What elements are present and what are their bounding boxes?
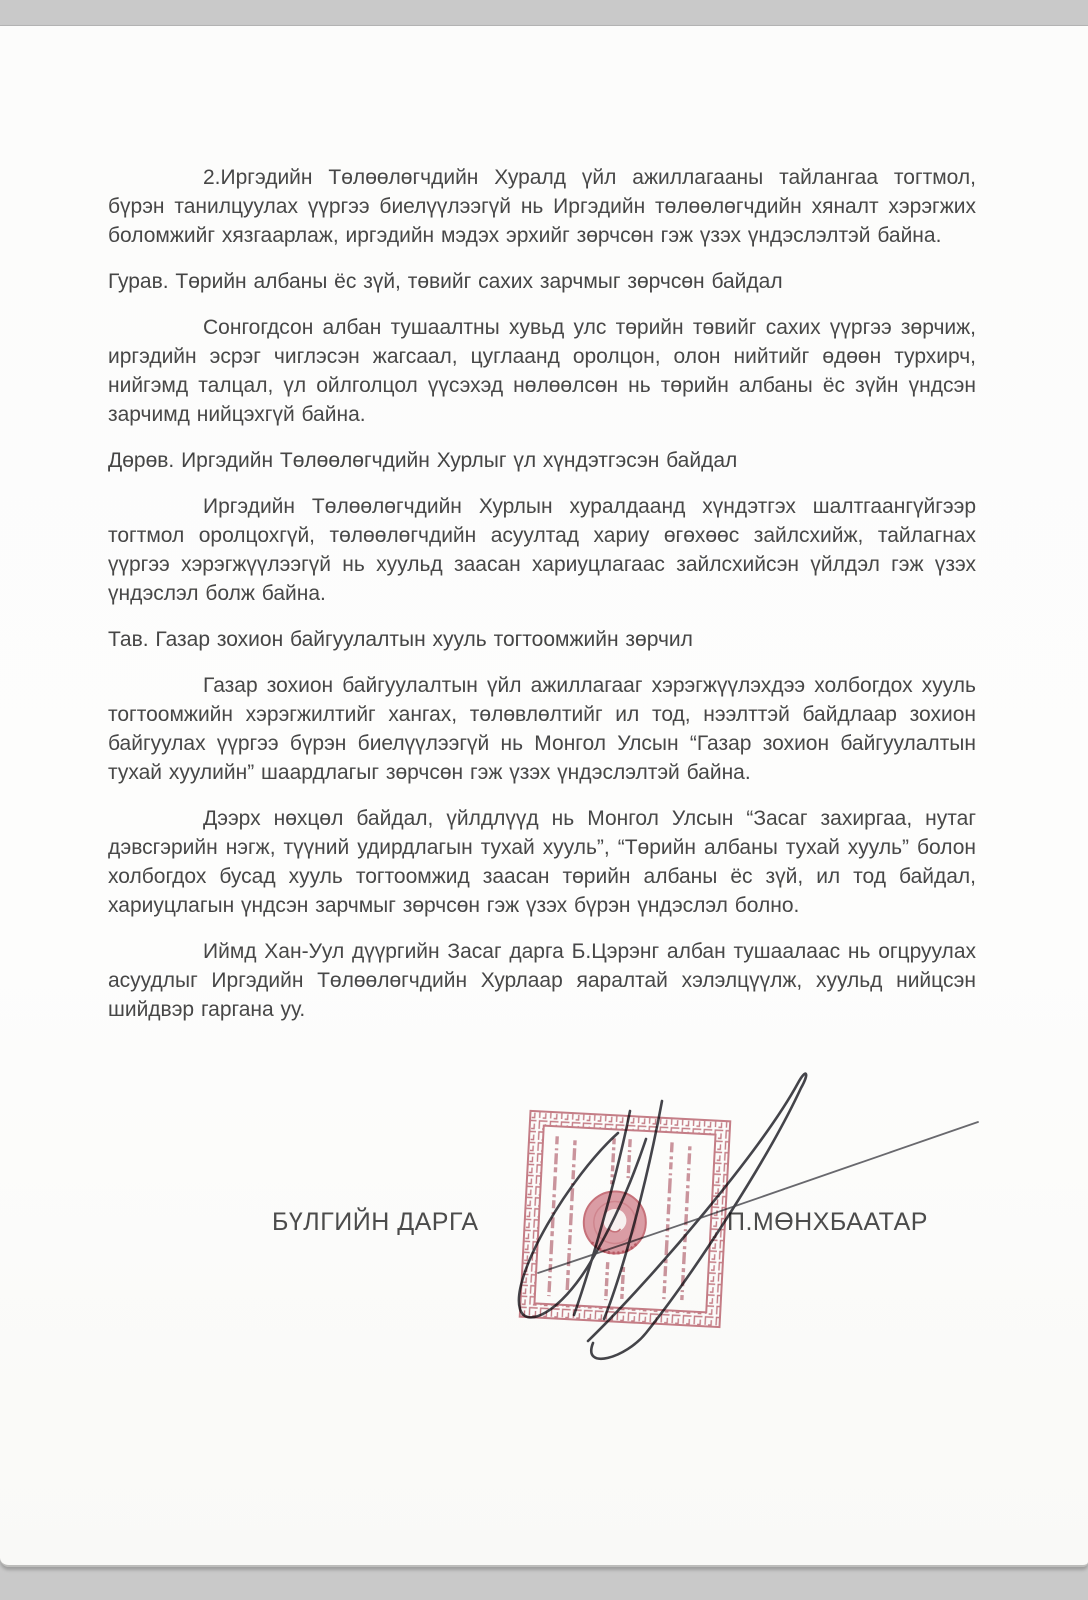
signer-title: БҮЛГИЙН ДАРГА xyxy=(272,1208,479,1237)
section-heading: Гурав. Төрийн албаны ёс зүй, төвийг сахи… xyxy=(108,267,976,296)
signature-slash xyxy=(574,1111,630,1315)
document-page: 2.Иргэдийн Төлөөлөгчдийн Хуралд үйл ажил… xyxy=(0,25,1088,1567)
signature-slash xyxy=(604,1101,662,1319)
paragraph: Иргэдийн Төлөөлөгчдийн Хурлын хуралдаанд… xyxy=(108,492,976,608)
section-heading: Тав. Газар зохион байгуулалтын хууль тог… xyxy=(108,625,976,654)
paragraph: Иймд Хан-Уул дүүргийн Засаг дарга Б.Цэрэ… xyxy=(108,937,976,1024)
paragraph: 2.Иргэдийн Төлөөлөгчдийн Хуралд үйл ажил… xyxy=(108,163,976,250)
paragraph: Дээрх нөхцөл байдал, үйлдлүүд нь Монгол … xyxy=(108,804,976,920)
section-heading: Дөрөв. Иргэдийн Төлөөлөгчдийн Хурлыг үл … xyxy=(108,446,976,475)
signature-tall-loop xyxy=(588,1074,806,1359)
scanned-document-background: 2.Иргэдийн Төлөөлөгчдийн Хуралд үйл ажил… xyxy=(0,0,1088,1600)
paragraph: Газар зохион байгуулалтын үйл ажиллагааг… xyxy=(108,671,976,787)
document-body: 2.Иргэдийн Төлөөлөгчдийн Хуралд үйл ажил… xyxy=(108,163,976,1041)
signature-ink-icon xyxy=(450,1041,1010,1371)
paragraph: Сонгогдсон албан тушаалтны хувьд улс төр… xyxy=(108,313,976,429)
